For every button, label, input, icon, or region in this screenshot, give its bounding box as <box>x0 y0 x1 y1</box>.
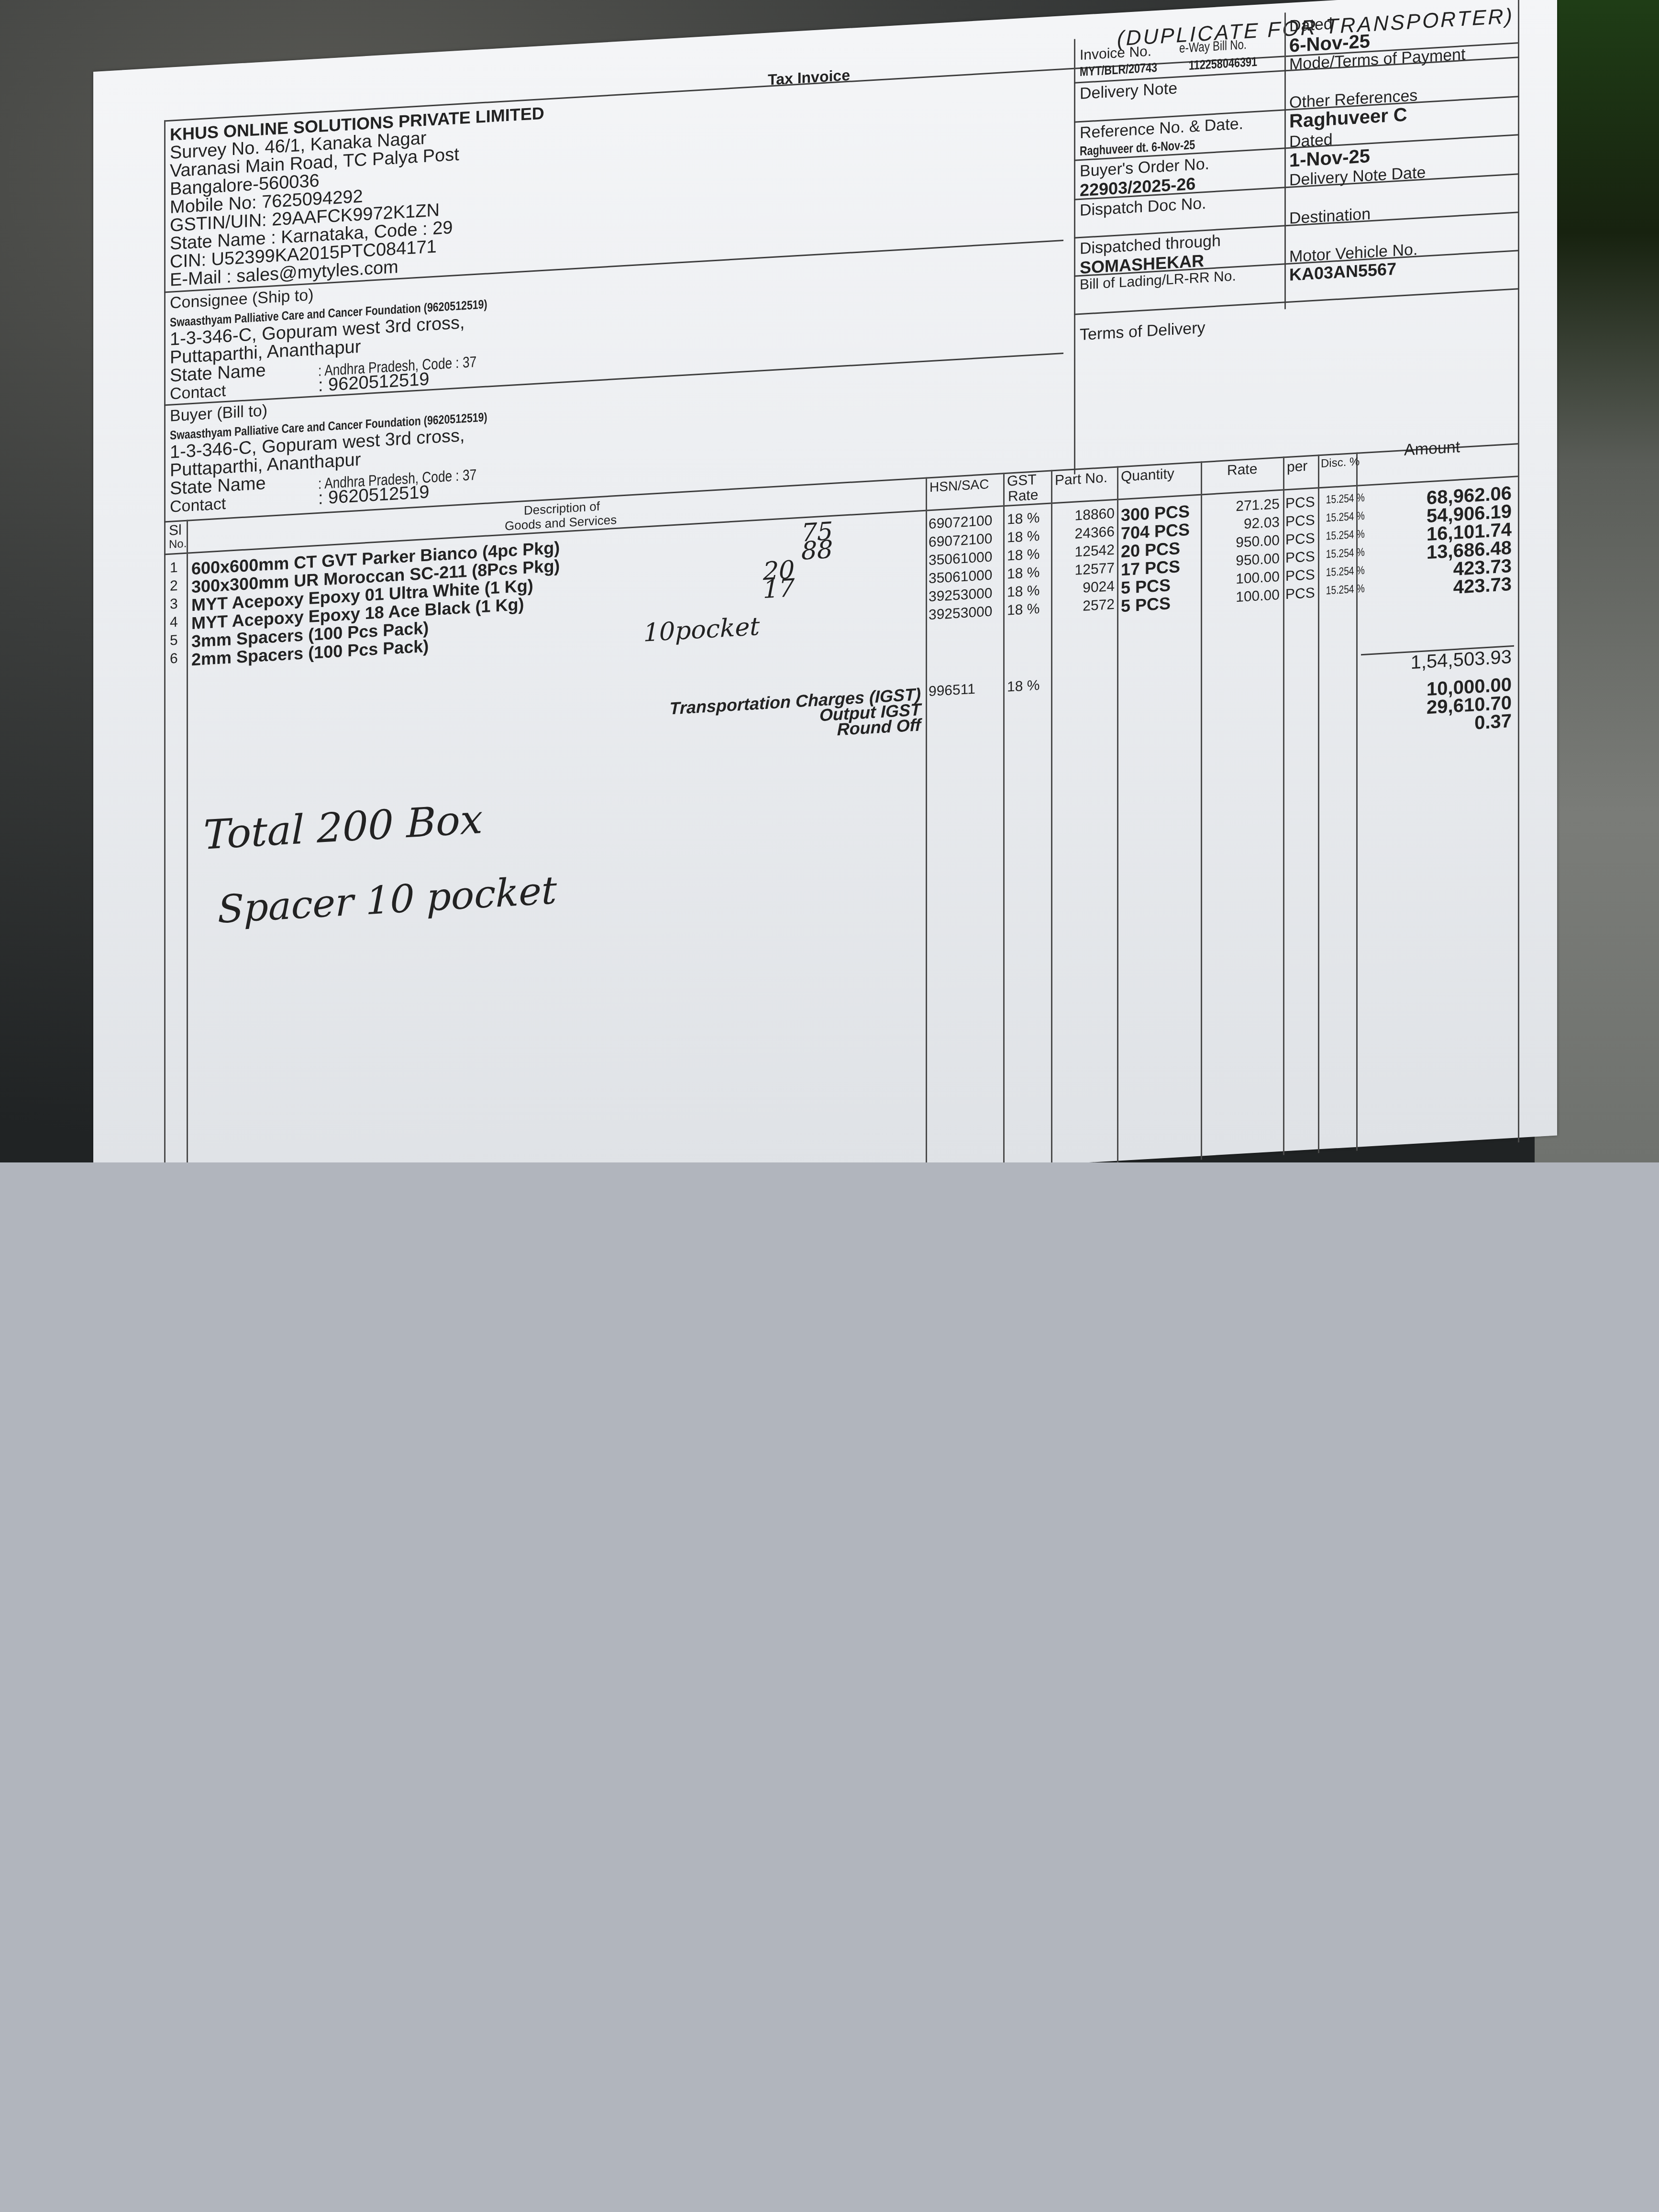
row-4-gst: 18 % <box>1007 564 1050 583</box>
row-3-gst: 18 % <box>1007 546 1050 564</box>
frame-left <box>164 120 166 1162</box>
row-6-disc: 15.254 % <box>1326 583 1354 597</box>
col-header-disc: Disc. % <box>1321 455 1360 471</box>
row-5-part: 9024 <box>1052 578 1115 598</box>
buyer-state-label: State Name <box>170 474 266 498</box>
row-3-part: 12542 <box>1052 542 1115 562</box>
row-1-rate: 271.25 <box>1203 496 1280 517</box>
col-divider <box>187 520 188 1162</box>
consignee-state-label: State Name <box>170 361 266 385</box>
row-2-rate: 92.03 <box>1203 514 1280 535</box>
delivery-note-label: Delivery Note <box>1080 79 1177 103</box>
row-1-part: 18860 <box>1052 506 1115 525</box>
col-header-rate: Rate <box>1227 461 1257 479</box>
meta-divider <box>1074 39 1075 475</box>
row-2-gst: 18 % <box>1007 528 1050 546</box>
col-divider <box>1283 456 1284 1155</box>
col-header-sl: Sl <box>169 522 182 539</box>
charge-gst: 18 % <box>1007 677 1040 696</box>
invoice-no: MYT/BLR/20743 <box>1080 60 1157 79</box>
buyer-contact-label: Contact <box>170 495 226 517</box>
row-4-per: PCS <box>1285 549 1317 567</box>
handwritten-total-note: Total 200 Box <box>203 796 483 859</box>
row-4-rate: 950.00 <box>1203 551 1280 571</box>
row-2-disc: 15.254 % <box>1326 510 1354 525</box>
eway-no: 112258046391 <box>1189 55 1257 73</box>
col-divider <box>926 477 927 1162</box>
row-3-sl: 3 <box>170 596 184 613</box>
row-6-rate: 100.00 <box>1203 587 1280 608</box>
col-header-part: Part No. <box>1055 470 1107 489</box>
frame-right <box>1518 0 1519 1142</box>
row-5-per: PCS <box>1285 567 1317 585</box>
row-6-per: PCS <box>1285 585 1317 603</box>
row-2-per: PCS <box>1285 512 1317 531</box>
row-5-gst: 18 % <box>1007 582 1050 601</box>
subtotal: 1,54,503.93 <box>1359 646 1512 676</box>
row-6-qty: 5 PCS <box>1121 592 1200 617</box>
consignee-contact-label: Contact <box>170 382 226 404</box>
col-header-hsn: HSN/SAC <box>929 476 989 495</box>
row-2-hsn: 69072100 <box>929 531 1000 551</box>
row-1-sl: 1 <box>170 559 184 576</box>
destination-label: Destination <box>1289 205 1371 228</box>
row-3-per: PCS <box>1285 531 1317 549</box>
handwritten-spacer-note: Spacer 10 pocket <box>218 868 557 932</box>
buyer-heading: Buyer (Bill to) <box>170 401 267 426</box>
row-3-hsn: 35061000 <box>929 549 1000 569</box>
row-3-rate: 950.00 <box>1203 532 1280 553</box>
eway-label: e-Way Bill No. <box>1179 37 1247 56</box>
col-divider <box>1003 473 1005 1162</box>
row-4-sl: 4 <box>170 614 184 631</box>
meta-row-divider <box>1074 288 1519 315</box>
col-divider <box>1117 466 1118 1162</box>
row-6-sl: 6 <box>170 650 184 667</box>
row-6-gst: 18 % <box>1007 600 1050 619</box>
row-4-part: 12577 <box>1052 560 1115 580</box>
row-1-disc: 15.254 % <box>1326 492 1354 507</box>
terms-of-delivery-label: Terms of Delivery <box>1080 319 1206 344</box>
col-divider <box>1318 454 1319 1153</box>
document-title: Tax Invoice <box>768 66 850 89</box>
row-5-hsn: 39253000 <box>929 585 1000 606</box>
col-divider <box>1201 461 1202 1160</box>
row-5-disc: 15.254 % <box>1326 564 1354 579</box>
photo-backdrop: (DUPLICATE FOR TRANSPORTER) Tax Invoice … <box>0 0 1659 1162</box>
row-6-part: 2572 <box>1052 597 1115 616</box>
row-5-sl: 5 <box>170 632 184 649</box>
row-6-hsn: 39253000 <box>929 603 1000 624</box>
empty-canvas-area <box>0 1162 1659 2212</box>
row-1-hsn: 69072100 <box>929 512 1000 533</box>
reference-label: Reference No. & Date. <box>1080 114 1243 143</box>
row-1-per: PCS <box>1285 494 1317 512</box>
row-6-handwritten-note: 10pocket <box>643 612 760 648</box>
row-2-sl: 2 <box>170 577 184 595</box>
col-header-gst-rate: Rate <box>1008 487 1038 505</box>
divider <box>164 353 1063 406</box>
row-5-rate: 100.00 <box>1203 569 1280 589</box>
row-3-disc: 15.254 % <box>1326 528 1354 543</box>
col-header-sl-no: No. <box>169 537 187 552</box>
row-2-part: 24366 <box>1052 524 1115 543</box>
charge-hsn: 996511 <box>929 681 975 700</box>
col-header-amount: Amount <box>1404 438 1460 460</box>
dated-label: Dated <box>1289 15 1333 36</box>
row-4-disc: 15.254 % <box>1326 546 1354 561</box>
row-4-hsn: 35061000 <box>929 567 1000 587</box>
col-header-qty: Quantity <box>1121 466 1174 485</box>
col-header-per: per <box>1287 458 1307 476</box>
invoice-paper: (DUPLICATE FOR TRANSPORTER) Tax Invoice … <box>93 0 1557 1162</box>
row-1-gst: 18 % <box>1007 509 1050 528</box>
